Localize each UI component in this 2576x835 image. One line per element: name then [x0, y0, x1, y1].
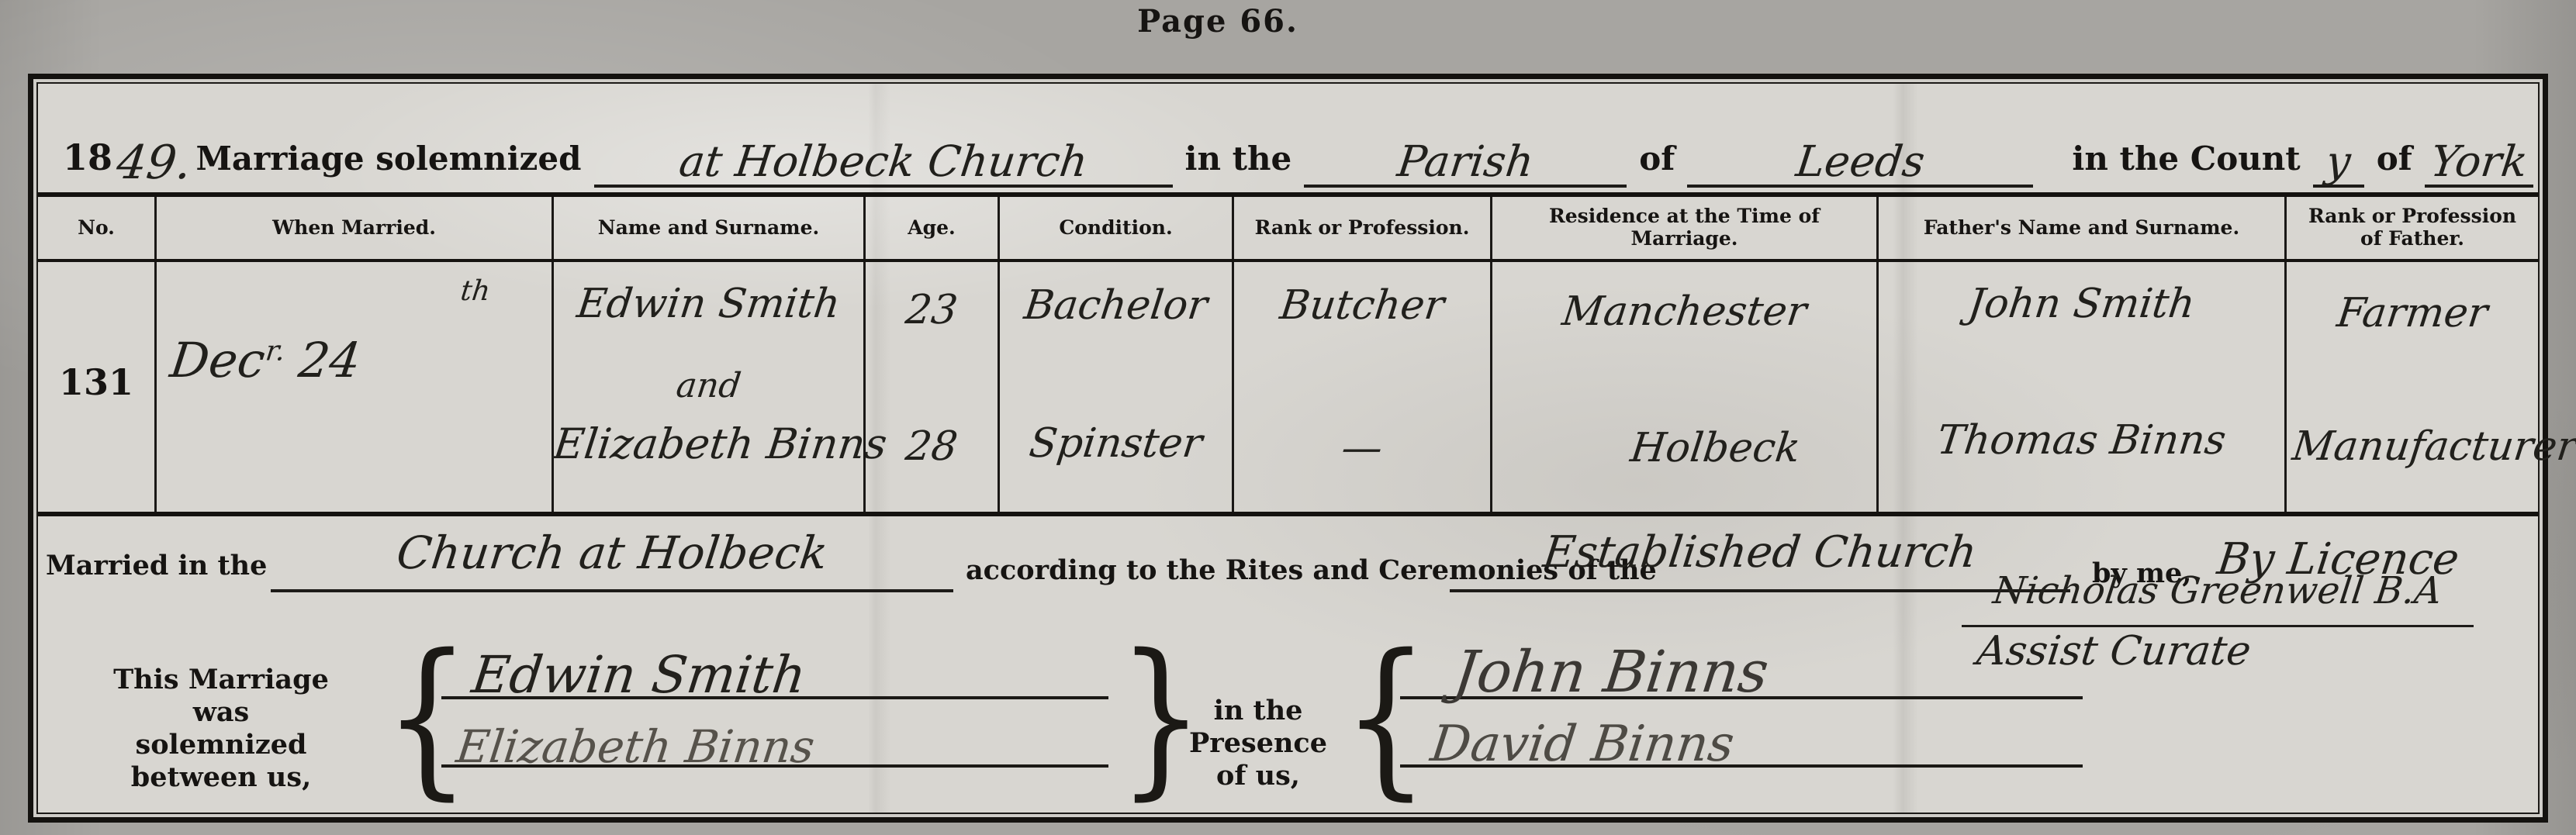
scanned-marriage-register-page: Page 66. 18 49. Marriage solemnized at H…	[0, 0, 2576, 835]
witness2-signature-line: David Binns	[1400, 729, 2083, 768]
entry-bride-residence: Holbeck	[1521, 428, 1910, 468]
col-header-age: Age.	[863, 197, 998, 259]
officiant-signature: Nicholas Greenwell B.A	[1989, 552, 2446, 630]
entry-date: Decr. 24	[168, 336, 363, 385]
county-y-underline: y	[2313, 140, 2364, 188]
col-header-when-married: When Married.	[154, 197, 552, 259]
year-prefix: 18	[63, 140, 112, 175]
cell-when-married: Decr. 24 th	[154, 262, 552, 512]
of-text-1: of	[1639, 143, 1675, 175]
groom-signature: Edwin Smith	[469, 650, 809, 701]
table-header-row: No. When Married. Name and Surname. Age.…	[38, 197, 2538, 262]
ceremony-place-handwritten: Church at Holbeck	[392, 516, 832, 589]
entry-groom-age: 23	[863, 290, 1000, 330]
col-header-residence: Residence at the Time of Marriage.	[1490, 197, 1876, 259]
cell-age: 23 28	[863, 262, 998, 512]
county-y-handwritten: y	[2324, 140, 2353, 183]
entry-groom-residence: Manchester	[1490, 292, 1879, 332]
entry-groom-condition: Bachelor	[998, 285, 1234, 326]
cell-father-name: John Smith Thomas Binns	[1876, 262, 2284, 512]
col-header-rank-profession: Rank or Profession.	[1232, 197, 1490, 259]
cell-names: Edwin Smith and Elizabeth Binns	[552, 262, 863, 512]
entry-bride-profession: —	[1232, 428, 1492, 468]
cell-condition: Bachelor Spinster	[998, 262, 1232, 512]
parish-name-handwritten: Leeds	[1793, 140, 1927, 183]
certificate-inner: 18 49. Marriage solemnized at Holbeck Ch…	[36, 82, 2540, 814]
table-entry-row: 131 Decr. 24 th Edwin Smith and Elizabet…	[38, 262, 2538, 512]
col-header-father-rank: Rank or Profession of Father.	[2284, 197, 2538, 259]
cell-profession: Butcher —	[1232, 262, 1490, 512]
entry-bride-father: Thomas Binns	[1876, 420, 2287, 461]
entry-bride-age: 28	[863, 426, 1000, 467]
year-handwritten: 49.	[114, 140, 194, 186]
entry-joiner: and	[552, 369, 865, 403]
witness1-signature-line: John Binns	[1400, 661, 2083, 699]
col-header-condition: Condition.	[998, 197, 1232, 259]
ceremony-church-handwritten: Established Church	[1539, 516, 1980, 589]
parish-word-handwritten: Parish	[1395, 140, 1536, 183]
entry-bride-condition: Spinster	[998, 423, 1234, 464]
entry-groom-father: John Smith	[1876, 284, 2287, 324]
place-handwritten: at Holbeck Church	[676, 140, 1090, 183]
county-underline: York	[2425, 140, 2533, 188]
county-prefix-text: in the Count	[2072, 143, 2300, 175]
title-text: Marriage solemnized	[195, 143, 581, 175]
in-the-text: in the	[1185, 143, 1292, 175]
parish-name-underline: Leeds	[1687, 140, 2033, 188]
cell-residence: Manchester Holbeck	[1490, 262, 1876, 512]
witness2-signature: David Binns	[1428, 719, 1737, 769]
married-in-the-text: Married in the	[46, 552, 267, 579]
witness-brace-open: {	[1343, 633, 1429, 802]
register-table: No. When Married. Name and Surname. Age.…	[38, 192, 2538, 516]
witness1-signature: John Binns	[1451, 644, 1771, 701]
parish-word-underline: Parish	[1304, 140, 1627, 188]
entry-bride-father-profession: Manufacturer	[2269, 426, 2576, 467]
officiant-underline: Nicholas Greenwell B.A	[1962, 552, 2474, 627]
county-handwritten: York	[2428, 140, 2529, 183]
register-title-line: 18 49. Marriage solemnized at Holbeck Ch…	[38, 84, 2538, 192]
bride-signature: Elizabeth Binns	[454, 724, 817, 769]
signatures-section: This Marriage was solemnized between us,…	[38, 664, 2538, 813]
entry-date-ordinal: th	[459, 278, 492, 305]
place-underline: at Holbeck Church	[594, 140, 1173, 188]
col-header-no: No.	[38, 197, 154, 259]
cell-father-profession: Farmer Manufacturer	[2284, 262, 2538, 512]
cell-no: 131	[38, 262, 154, 512]
couple-brace-open: {	[384, 633, 470, 802]
ceremony-place-underline: Church at Holbeck	[271, 516, 953, 592]
marriage-label: This Marriage was solemnized between us,	[50, 664, 392, 794]
col-header-father-name: Father's Name and Surname.	[1876, 197, 2284, 259]
col-header-name-surname: Name and Surname.	[552, 197, 863, 259]
entry-groom-name: Edwin Smith	[552, 284, 866, 324]
entry-groom-profession: Butcher	[1232, 285, 1492, 326]
groom-signature-line: Edwin Smith	[441, 661, 1108, 699]
entry-groom-father-profession: Farmer	[2284, 293, 2540, 333]
entry-bride-name: Elizabeth Binns	[552, 423, 866, 465]
of-text-2: of	[2377, 143, 2412, 175]
certificate-frame: 18 49. Marriage solemnized at Holbeck Ch…	[28, 74, 2548, 823]
presence-label: in the Presence of us,	[1177, 695, 1340, 792]
bride-signature-line: Elizabeth Binns	[441, 729, 1108, 768]
entry-number: 131	[38, 361, 154, 403]
page-number: Page 66.	[1078, 3, 1357, 40]
